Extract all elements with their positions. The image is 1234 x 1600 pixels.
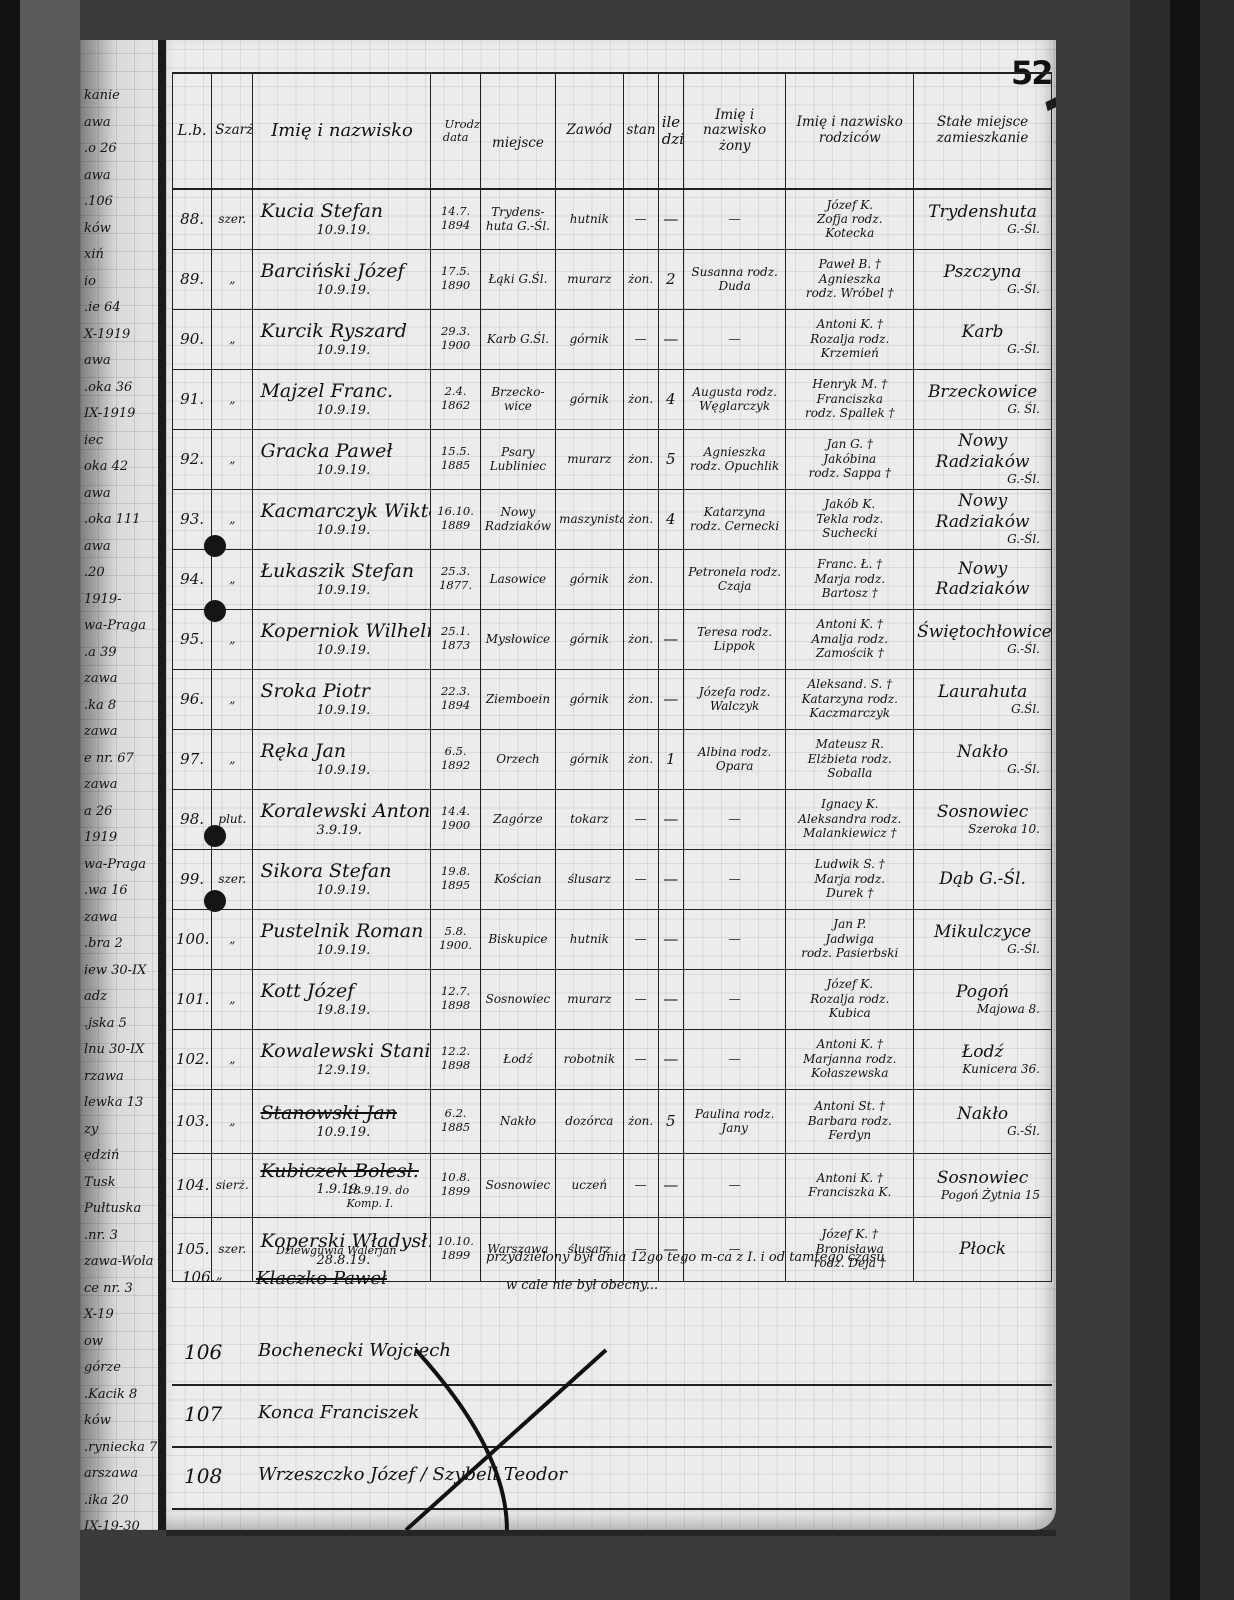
parent-line: rodz. Sappa † xyxy=(789,466,910,480)
film-edge-left xyxy=(0,0,20,1600)
cell-parents: Henryk M. †Franciszkarodz. Spallek † xyxy=(786,369,914,429)
crossed-entry-lp: 106 xyxy=(184,1340,222,1364)
cell-lp: 89. xyxy=(173,249,212,309)
entry-date: 10.9.19. xyxy=(256,643,427,659)
cell-children xyxy=(658,549,683,609)
cell-wife: Petronela rodz. Czaja xyxy=(683,549,786,609)
table-row: 103.„Stanowski Jan10.9.19.6.2. 1885Nakło… xyxy=(173,1089,1052,1153)
margin-text-line: ryniecka 7. xyxy=(84,1440,160,1455)
cell-lp: 100. xyxy=(173,909,212,969)
cell-status: — xyxy=(623,789,658,849)
margin-text-line: awa xyxy=(84,486,160,501)
soldier-name: Koperniok Wilhelm xyxy=(256,620,427,643)
header-wife: Imię i nazwisko żony xyxy=(683,73,786,189)
parent-line: Katarzyna rodz. xyxy=(789,692,910,706)
parent-line: Antoni St. † xyxy=(789,1099,910,1113)
cell-birth-place: Nowy Radziaków xyxy=(480,489,555,549)
margin-text-line: awa xyxy=(84,115,160,130)
margin-text-line: Kacik 8. xyxy=(84,1387,160,1402)
cell-birth-place: Lasowice xyxy=(480,549,555,609)
cell-lp: 103. xyxy=(173,1089,212,1153)
crossed-entry-lp: 108 xyxy=(184,1464,222,1488)
cell-occupation: maszynista xyxy=(556,489,623,549)
cell-wife: Susanna rodz. Duda xyxy=(683,249,786,309)
residence-sub: Kunicera 36. xyxy=(917,1062,1048,1076)
cell-occupation: hutnik xyxy=(556,189,623,249)
residence-main: Nowy Radziaków xyxy=(917,491,1048,532)
soldier-name: Majzel Franc. xyxy=(256,380,427,403)
cell-status: żon. xyxy=(623,489,658,549)
cell-occupation: murarz xyxy=(556,429,623,489)
cell-lp: 91. xyxy=(173,369,212,429)
margin-text-line: rzawa xyxy=(84,1069,160,1084)
residence-sub: G.-Śl. xyxy=(917,532,1048,546)
soldier-name: Barciński Józef xyxy=(256,260,427,283)
cell-name: Kurcik Ryszard10.9.19. xyxy=(253,309,431,369)
parent-line: Józef K. xyxy=(789,198,910,212)
residence-sub: G.-Śl. xyxy=(917,472,1048,486)
margin-text-line: a 39. xyxy=(84,645,160,660)
cell-occupation: górnik xyxy=(556,609,623,669)
cell-parents: Antoni St. †Barbara rodz.Ferdyn xyxy=(786,1089,914,1153)
cell-name: Kucia Stefan10.9.19. xyxy=(253,189,431,249)
cell-parents: Ignacy K.Aleksandra rodz.Malankiewicz † xyxy=(786,789,914,849)
table-row: 104.sierż.Kubiczek Bolesł.1.9.19.18.9.19… xyxy=(173,1153,1052,1217)
margin-text-line: iew 30-IX xyxy=(84,963,160,978)
margin-text-line: oka 111. xyxy=(84,512,160,527)
margin-text-line: lnu 30-IX xyxy=(84,1042,160,1057)
cell-birth-date: 10.10. 1899 xyxy=(431,1217,480,1281)
row-106-remark-line2: w cale nie był obecny... xyxy=(506,1278,658,1293)
entry-date: 10.9.19. xyxy=(256,223,427,239)
entry-date: 10.9.19. xyxy=(256,343,427,359)
cell-status: — xyxy=(623,849,658,909)
parent-line: Ferdyn xyxy=(789,1128,910,1142)
header-status: stan xyxy=(623,73,658,189)
cell-name: Kubiczek Bolesł.1.9.19.18.9.19. do Komp.… xyxy=(253,1153,431,1217)
cell-birth-place: Orzech xyxy=(480,729,555,789)
cell-name: Łukaszik Stefan10.9.19. xyxy=(253,549,431,609)
parent-line: Marja rodz. xyxy=(789,872,910,886)
residence-main: Brzeckowice xyxy=(917,382,1048,402)
cell-status: żon. xyxy=(623,1089,658,1153)
cell-birth-date: 25.3. 1877. xyxy=(431,549,480,609)
header-name: Imię i nazwisko xyxy=(253,73,431,189)
parent-line: Durek † xyxy=(789,886,910,900)
cell-lp: 94. xyxy=(173,549,212,609)
cell-birth-date: 29.3. 1900 xyxy=(431,309,480,369)
cell-parents: Franc. Ł. †Marja rodz.Bartosz † xyxy=(786,549,914,609)
margin-text-line: X-1919 xyxy=(84,327,160,342)
margin-text-line: bra 2. xyxy=(84,936,160,951)
cell-status: — xyxy=(623,189,658,249)
cell-residence: ŚwiętochłowiceG.-Śl. xyxy=(914,609,1052,669)
header-birth-date: Urodzeniadata xyxy=(431,73,480,189)
cell-occupation: tokarz xyxy=(556,789,623,849)
parent-line: rodz. Pasierbski xyxy=(789,946,910,960)
cell-residence: BrzeckowiceG. Śl. xyxy=(914,369,1052,429)
margin-text-line: ka 8. xyxy=(84,698,160,713)
margin-text-line: nr. 3. xyxy=(84,1228,160,1243)
margin-text-line: ika 20. xyxy=(84,1493,160,1508)
cell-name: Sroka Piotr10.9.19. xyxy=(253,669,431,729)
cell-birth-place: Łodź xyxy=(480,1029,555,1089)
cell-status: żon. xyxy=(623,669,658,729)
cell-occupation: górnik xyxy=(556,729,623,789)
margin-text-line: wa-Praga xyxy=(84,857,160,872)
cell-wife: — xyxy=(683,1217,786,1281)
margin-text-line: wa-Praga xyxy=(84,618,160,633)
cell-birth-place: Łąki G.Śl. xyxy=(480,249,555,309)
cell-rank: „ xyxy=(212,249,253,309)
cell-birth-date: 16.10. 1889 xyxy=(431,489,480,549)
residence-main: Łodź xyxy=(917,1042,1048,1062)
parent-line: Kotecka xyxy=(789,226,910,240)
cell-occupation: górnik xyxy=(556,669,623,729)
cell-parents: Jan P.Jadwigarodz. Pasierbski xyxy=(786,909,914,969)
cell-birth-date: 2.4. 1862 xyxy=(431,369,480,429)
residence-main: Nowy Radziaków xyxy=(917,559,1048,600)
cell-birth-date: 12.2. 1898 xyxy=(431,1029,480,1089)
cell-parents: Józef K. †Bronisławarodz. Deja † xyxy=(786,1217,914,1281)
residence-sub: G.-Śl. xyxy=(917,642,1048,656)
cell-residence: SosnowiecSzeroka 10. xyxy=(914,789,1052,849)
cell-parents: Aleksand. S. †Katarzyna rodz.Kaczmarczyk xyxy=(786,669,914,729)
cell-status: — xyxy=(623,1217,658,1281)
cell-parents: Antoni K. †Rozalja rodz.Krzemień xyxy=(786,309,914,369)
margin-text-line: io xyxy=(84,274,160,289)
table-row: 100.„Pustelnik Roman10.9.19.5.8. 1900.Bi… xyxy=(173,909,1052,969)
parent-line: Henryk M. † xyxy=(789,377,910,391)
table-row: 94.„Łukaszik Stefan10.9.19.25.3. 1877.La… xyxy=(173,549,1052,609)
parent-line: Marja rodz. xyxy=(789,572,910,586)
cell-birth-place: Nakło xyxy=(480,1089,555,1153)
entry-date: 10.9.19. xyxy=(256,763,427,779)
cell-status: żon. xyxy=(623,729,658,789)
cell-children: 4 xyxy=(658,369,683,429)
parent-line: Jan P. xyxy=(789,917,910,931)
cell-name: Majzel Franc.10.9.19. xyxy=(253,369,431,429)
punch-hole xyxy=(204,825,226,847)
cell-parents: Jan G. †Jakóbinarodz. Sappa † xyxy=(786,429,914,489)
cell-birth-place: Biskupice xyxy=(480,909,555,969)
cell-parents: Mateusz R.Elżbieta rodz.Soballa xyxy=(786,729,914,789)
cell-parents: Ludwik S. †Marja rodz.Durek † xyxy=(786,849,914,909)
parent-line: Suchecki xyxy=(789,526,910,540)
cell-wife: Józefa rodz. Walczyk xyxy=(683,669,786,729)
soldier-name: Sroka Piotr xyxy=(256,680,427,703)
row-106-remark-line1: przydzielony był dnia 12go tego m-ca z I… xyxy=(486,1250,885,1265)
cell-wife: Teresa rodz. Lippok xyxy=(683,609,786,669)
residence-main: Pogoń xyxy=(917,982,1048,1002)
cell-birth-date: 6.5. 1892 xyxy=(431,729,480,789)
cell-birth-date: 10.8. 1899 xyxy=(431,1153,480,1217)
margin-text-line: 30-IX-19 xyxy=(84,1519,160,1530)
row-106-inserted-name: Dziewguwia Walerjan xyxy=(276,1244,396,1257)
margin-text-line: Pułtuska xyxy=(84,1201,160,1216)
parent-line: rodz. Spallek † xyxy=(789,406,910,420)
cell-residence: Nowy Radziaków xyxy=(914,549,1052,609)
cell-occupation: górnik xyxy=(556,369,623,429)
cell-birth-place: Zagórze xyxy=(480,789,555,849)
parent-line: Ludwik S. † xyxy=(789,857,910,871)
margin-text-line: Tusk xyxy=(84,1175,160,1190)
cell-rank: szer. xyxy=(212,189,253,249)
cell-wife: — xyxy=(683,189,786,249)
cell-birth-date: 19.8. 1895 xyxy=(431,849,480,909)
residence-main: Dąb G.-Śl. xyxy=(917,869,1048,889)
cell-rank: „ xyxy=(212,369,253,429)
cell-rank: „ xyxy=(212,969,253,1029)
margin-text-line: kanie xyxy=(84,88,160,103)
parent-line: Mateusz R. xyxy=(789,737,910,751)
punch-hole xyxy=(204,890,226,912)
parent-line: Aleksand. S. † xyxy=(789,677,910,691)
entry-date: 10.9.19. xyxy=(256,583,427,599)
parent-line: Aleksandra rodz. xyxy=(789,812,910,826)
soldier-name: Sikora Stefan xyxy=(256,860,427,883)
parent-line: Agnieszka xyxy=(789,272,910,286)
parent-line: Tekla rodz. xyxy=(789,512,910,526)
cell-children: 2 xyxy=(658,249,683,309)
cell-status: żon. xyxy=(623,249,658,309)
cell-children: — xyxy=(658,969,683,1029)
margin-text-line: zawa xyxy=(84,671,160,686)
cell-status: żon. xyxy=(623,429,658,489)
cell-lp: 92. xyxy=(173,429,212,489)
cell-rank: „ xyxy=(212,429,253,489)
table-row: 101.„Kott Józef19.8.19.12.7. 1898Sosnowi… xyxy=(173,969,1052,1029)
cell-birth-date: 17.5. 1890 xyxy=(431,249,480,309)
parent-line: Zofja rodz. xyxy=(789,212,910,226)
residence-main: Karb xyxy=(917,322,1048,342)
margin-text-line: zawa xyxy=(84,910,160,925)
cell-wife: Albina rodz. Opara xyxy=(683,729,786,789)
cell-residence: NakłoG.-Śl. xyxy=(914,729,1052,789)
parent-line: Jan G. † xyxy=(789,437,910,451)
cell-residence: PogońMajowa 8. xyxy=(914,969,1052,1029)
cell-residence: ŁodźKunicera 36. xyxy=(914,1029,1052,1089)
margin-text-line: awa xyxy=(84,539,160,554)
cell-birth-place: Brzecko-wice xyxy=(480,369,555,429)
parent-line: Jadwiga xyxy=(789,932,910,946)
cell-name: Ręka Jan10.9.19. xyxy=(253,729,431,789)
margin-text-line: -1919 xyxy=(84,592,160,607)
margin-text-line: e nr. 67 xyxy=(84,751,160,766)
margin-text-line: wa 16. xyxy=(84,883,160,898)
cell-rank: „ xyxy=(212,1029,253,1089)
cell-children: — xyxy=(658,189,683,249)
table-row: 97.„Ręka Jan10.9.19.6.5. 1892Orzechgórni… xyxy=(173,729,1052,789)
margin-text-line: ie 64. xyxy=(84,300,160,315)
cell-birth-place: Sosnowiec xyxy=(480,1153,555,1217)
cell-occupation: murarz xyxy=(556,969,623,1029)
cell-wife: — xyxy=(683,909,786,969)
cell-birth-date: 14.4. 1900 xyxy=(431,789,480,849)
parent-line: Józef K. xyxy=(789,977,910,991)
parent-line: Barbara rodz. xyxy=(789,1114,910,1128)
margin-text-line: ków xyxy=(84,221,160,236)
cell-birth-place: Sosnowiec xyxy=(480,969,555,1029)
margin-text-line: arszawa xyxy=(84,1466,160,1481)
cell-occupation: górnik xyxy=(556,309,623,369)
row-106-rank: „ xyxy=(216,1268,223,1283)
cell-status: żon. xyxy=(623,549,658,609)
residence-sub: G.-Śl. xyxy=(917,282,1048,296)
cell-status: — xyxy=(623,1029,658,1089)
cell-name: Kott Józef19.8.19. xyxy=(253,969,431,1029)
parent-line: Jakób K. xyxy=(789,497,910,511)
cell-name: Stanowski Jan10.9.19. xyxy=(253,1089,431,1153)
margin-text-line: zy xyxy=(84,1122,160,1137)
cell-occupation: murarz xyxy=(556,249,623,309)
table-row: 91.„Majzel Franc.10.9.19.2.4. 1862Brzeck… xyxy=(173,369,1052,429)
parent-line: Franc. Ł. † xyxy=(789,557,910,571)
header-residence: Stałe miejsce zamieszkanie xyxy=(914,73,1052,189)
cell-parents: Jakób K.Tekla rodz.Suchecki xyxy=(786,489,914,549)
margin-text-line: 1919 xyxy=(84,830,160,845)
entry-date: 10.9.19. xyxy=(256,283,427,299)
residence-sub: G.-Śl. xyxy=(917,342,1048,356)
page-gutter xyxy=(158,40,166,1530)
residence-sub: G.-Śl. xyxy=(917,942,1048,956)
cell-lp: 90. xyxy=(173,309,212,369)
table-row: 102.„Kowalewski Stanisł.12.9.19.12.2. 18… xyxy=(173,1029,1052,1089)
cell-name: Barciński Józef10.9.19. xyxy=(253,249,431,309)
soldier-name: Gracka Paweł xyxy=(256,440,427,463)
crossed-entry-lp: 107 xyxy=(184,1402,222,1426)
cell-residence: Nowy RadziakówG.-Śl. xyxy=(914,429,1052,489)
cell-children: — xyxy=(658,1029,683,1089)
cell-parents: Antoni K. †Franciszka K. xyxy=(786,1153,914,1217)
cell-rank: „ xyxy=(212,909,253,969)
cell-children: — xyxy=(658,789,683,849)
register-page: 52 1875 L.b. Szarża Imię i nazwisko Urod… xyxy=(166,40,1056,1530)
table-row: 90.„Kurcik Ryszard10.9.19.29.3. 1900Karb… xyxy=(173,309,1052,369)
cell-birth-date: 12.7. 1898 xyxy=(431,969,480,1029)
cell-birth-date: 25.1. 1873 xyxy=(431,609,480,669)
row-106-struck-name: Klaczko Paweł xyxy=(256,1268,387,1289)
cell-rank: „ xyxy=(212,1089,253,1153)
parent-line: Franciszka xyxy=(789,392,910,406)
cell-residence: SosnowiecPogoń Żytnia 15 xyxy=(914,1153,1052,1217)
cell-residence: Dąb G.-Śl. xyxy=(914,849,1052,909)
cell-residence: Płock xyxy=(914,1217,1052,1281)
margin-text-line: xiń xyxy=(84,247,160,262)
cell-residence: Nowy RadziakówG.-Śl. xyxy=(914,489,1052,549)
cell-occupation: ślusarz xyxy=(556,849,623,909)
margin-text-line: górze xyxy=(84,1360,160,1375)
cell-residence: NakłoG.-Śl. xyxy=(914,1089,1052,1153)
cell-rank: „ xyxy=(212,729,253,789)
entry-date: 3.9.19. xyxy=(256,823,427,839)
parent-line: Kołaszewska xyxy=(789,1066,910,1080)
soldier-name: Koralewski Antoni xyxy=(256,800,427,823)
cell-rank: sierż. xyxy=(212,1153,253,1217)
cell-rank: „ xyxy=(212,669,253,729)
parent-line: Malankiewicz † xyxy=(789,826,910,840)
parent-line: Marjanna rodz. xyxy=(789,1052,910,1066)
cell-parents: Józef K.Zofja rodz.Kotecka xyxy=(786,189,914,249)
cell-parents: Józef K.Rozalja rodz.Kubica xyxy=(786,969,914,1029)
cell-children: — xyxy=(658,609,683,669)
residence-sub: G.-Śl. xyxy=(917,222,1048,236)
margin-text-line: ków xyxy=(84,1413,160,1428)
soldier-name: Kowalewski Stanisł. xyxy=(256,1040,427,1063)
parent-line: Antoni K. † xyxy=(789,1171,910,1185)
cell-name: Kowalewski Stanisł.12.9.19. xyxy=(253,1029,431,1089)
margin-text-line: ędziń xyxy=(84,1148,160,1163)
table-row: 95.„Koperniok Wilhelm10.9.19.25.1. 1873M… xyxy=(173,609,1052,669)
table-row: 89.„Barciński Józef10.9.19.17.5. 1890Łąk… xyxy=(173,249,1052,309)
cell-status: — xyxy=(623,1153,658,1217)
margin-text-line: ce nr. 3 xyxy=(84,1281,160,1296)
margin-text-line: IX-1919 xyxy=(84,406,160,421)
cell-wife: Agnieszka rodz. Opuchlik xyxy=(683,429,786,489)
table-row: 88.szer.Kucia Stefan10.9.19.14.7. 1894Tr… xyxy=(173,189,1052,249)
margin-text-line: ow xyxy=(84,1334,160,1349)
entry-date: 10.9.19. xyxy=(256,463,427,479)
residence-main: Nakło xyxy=(917,742,1048,762)
cell-status: — xyxy=(623,969,658,1029)
cell-wife: — xyxy=(683,309,786,369)
cell-occupation: ślusarz xyxy=(556,1217,623,1281)
soldier-name: Ręka Jan xyxy=(256,740,427,763)
parent-line: Rozalja rodz. xyxy=(789,992,910,1006)
cell-occupation: górnik xyxy=(556,549,623,609)
residence-main: Laurahuta xyxy=(917,682,1048,702)
residence-main: Sosnowiec xyxy=(917,802,1048,822)
cell-residence: KarbG.-Śl. xyxy=(914,309,1052,369)
cell-name: Pustelnik Roman10.9.19. xyxy=(253,909,431,969)
entry-date: 19.8.19. xyxy=(256,1003,427,1019)
cell-lp: 102. xyxy=(173,1029,212,1089)
film-edge-shadow xyxy=(20,0,80,1600)
cell-birth-date: 15.5. 1885 xyxy=(431,429,480,489)
parent-line: Kaczmarczyk xyxy=(789,706,910,720)
film-strip xyxy=(1170,0,1200,1600)
cell-residence: MikulczyceG.-Śl. xyxy=(914,909,1052,969)
film-edge-right xyxy=(1130,0,1234,1600)
residence-main: Świętochłowice xyxy=(917,622,1048,642)
parent-line: Rozalja rodz. xyxy=(789,332,910,346)
cell-children: 5 xyxy=(658,429,683,489)
cell-residence: TrydenshutaG.-Śl. xyxy=(914,189,1052,249)
margin-text-line: awa xyxy=(84,168,160,183)
soldier-name: Kucia Stefan xyxy=(256,200,427,223)
soldier-name: Stanowski Jan xyxy=(256,1102,427,1125)
residence-sub: G.-Śl. xyxy=(917,762,1048,776)
residence-main: Trydenshuta xyxy=(917,202,1048,222)
margin-text-line: zawa-Wola xyxy=(84,1254,160,1269)
table-row: 98.plut.Koralewski Antoni3.9.19.14.4. 19… xyxy=(173,789,1052,849)
cell-status: żon. xyxy=(623,369,658,429)
cell-occupation: dozórca xyxy=(556,1089,623,1153)
cell-parents: Antoni K. †Marjanna rodz.Kołaszewska xyxy=(786,1029,914,1089)
cell-birth-date: 6.2. 1885 xyxy=(431,1089,480,1153)
cell-status: — xyxy=(623,909,658,969)
entry-date: 10.9.19. xyxy=(256,943,427,959)
cell-birth-place: Karb G.Śl. xyxy=(480,309,555,369)
entry-date: 12.9.19. xyxy=(256,1063,427,1079)
entry-date: 10.9.19. xyxy=(256,703,427,719)
page-shadow xyxy=(166,1530,1056,1536)
margin-text-line: X-19 xyxy=(84,1307,160,1322)
soldier-name: Pustelnik Roman xyxy=(256,920,427,943)
margin-text-line: zawa xyxy=(84,724,160,739)
cell-lp: 96. xyxy=(173,669,212,729)
residence-sub: G. Śl. xyxy=(917,402,1048,416)
